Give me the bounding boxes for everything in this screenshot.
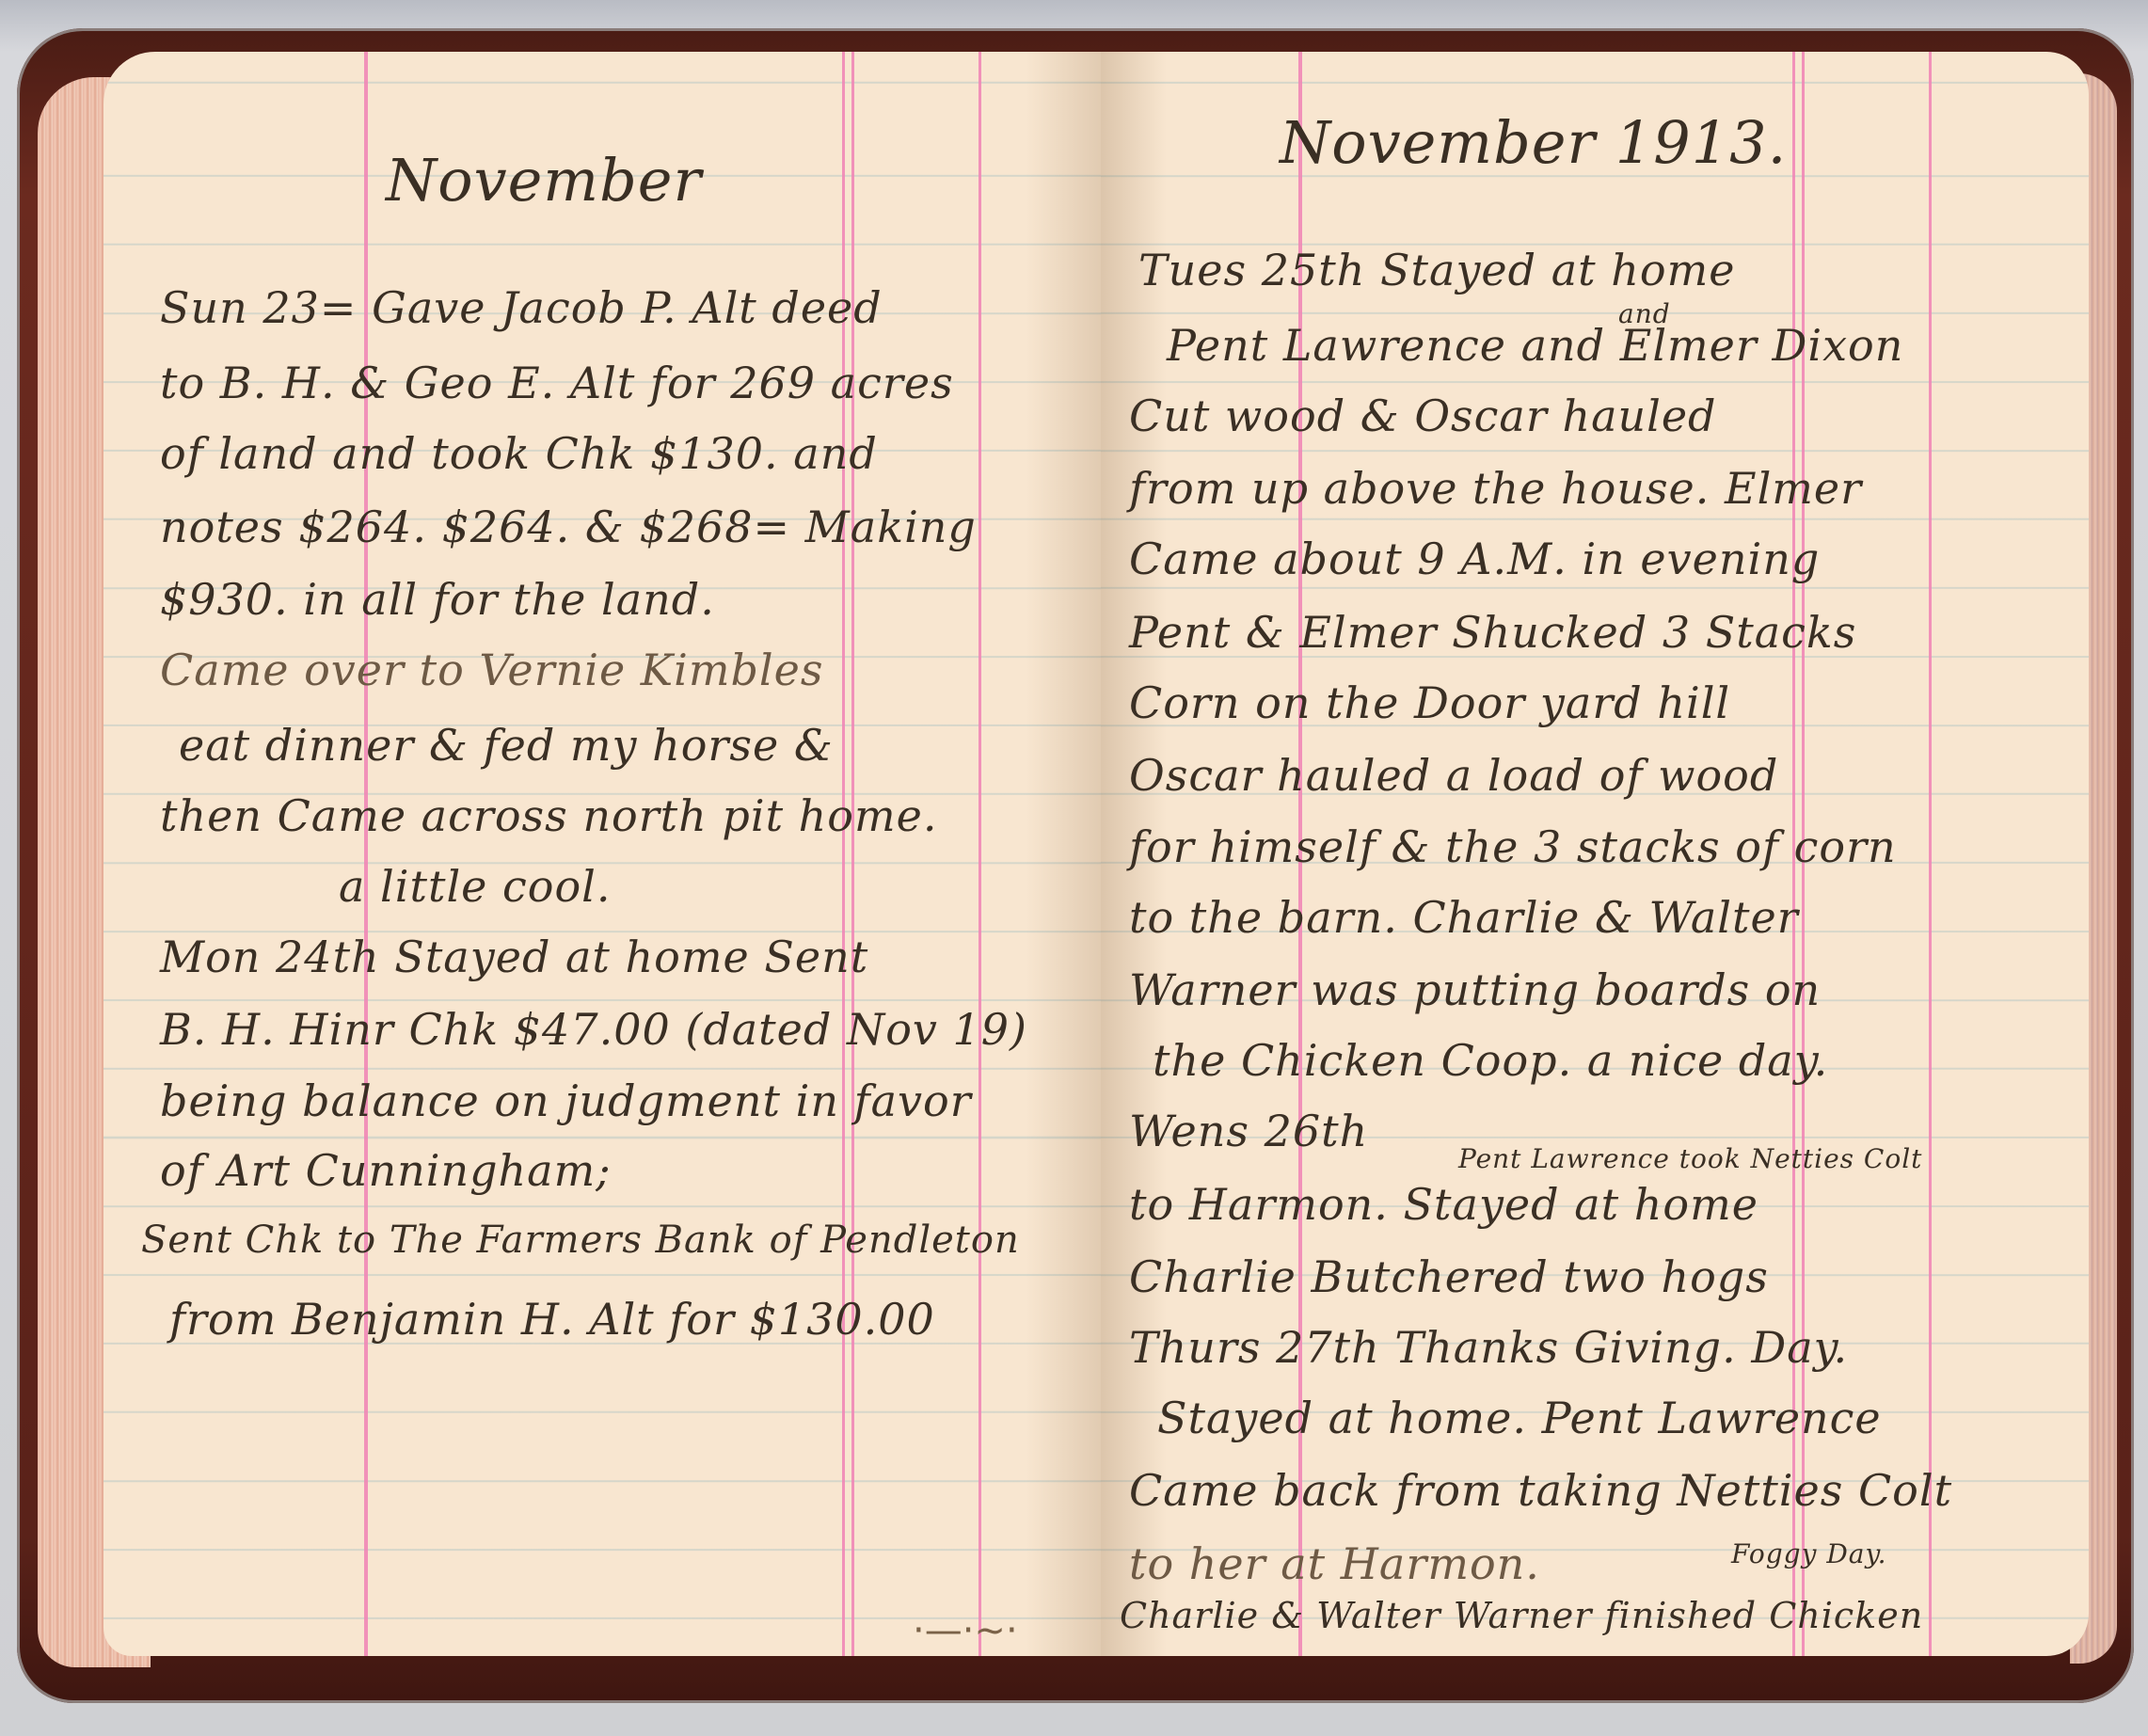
diary-line: Charlie & Walter Warner finished Chicken bbox=[1120, 1595, 1923, 1636]
diary-line: of Art Cunningham; bbox=[160, 1145, 612, 1196]
diary-line: Sent Chk to The Farmers Bank of Pendleto… bbox=[141, 1218, 1020, 1262]
ink-mark: ·—·~· bbox=[913, 1609, 1018, 1652]
diary-line: being balance on judgment in favor bbox=[160, 1075, 972, 1126]
column-rule bbox=[1929, 52, 1932, 1656]
diary-line: Warner was putting boards on bbox=[1129, 964, 1821, 1015]
gutter-shadow bbox=[1026, 52, 1101, 1656]
diary-line: Came over to Vernie Kimbles bbox=[160, 645, 823, 695]
diary-line: Mon 24th Stayed at home Sent bbox=[160, 932, 868, 982]
diary-line: to the barn. Charlie & Walter bbox=[1129, 892, 1799, 943]
column-rule bbox=[979, 52, 981, 1656]
diary-line: then Came across north pit home. bbox=[160, 790, 937, 841]
diary-line: Thurs 27th Thanks Giving. Day. bbox=[1129, 1322, 1848, 1373]
left-page: November Sun 23= Gave Jacob P. Alt deed … bbox=[103, 52, 1101, 1656]
diary-line: a little cool. bbox=[339, 861, 611, 912]
insertion-note: Foggy Day. bbox=[1731, 1538, 1886, 1569]
diary-line: Stayed at home. Pent Lawrence bbox=[1157, 1393, 1882, 1443]
diary-line: Came about 9 A.M. in evening bbox=[1129, 534, 1820, 584]
insertion-note: Pent Lawrence took Netties Colt bbox=[1458, 1143, 1922, 1174]
diary-line: $930. in all for the land. bbox=[160, 574, 715, 625]
diary-line: Tues 25th Stayed at home bbox=[1138, 245, 1735, 295]
diary-line: Wens 26th bbox=[1129, 1106, 1368, 1156]
diary-line: from up above the house. Elmer bbox=[1129, 463, 1862, 514]
page-heading: November 1913. bbox=[1280, 108, 1787, 177]
diary-line: to Harmon. Stayed at home bbox=[1129, 1179, 1758, 1230]
diary-line: Corn on the Door yard hill bbox=[1129, 677, 1730, 728]
diary-line: Coop. bbox=[1129, 1651, 1244, 1656]
diary-line: Charlie Butchered two hogs bbox=[1129, 1251, 1769, 1302]
diary-line: of land and took Chk $130. and bbox=[160, 428, 878, 479]
diary-line: to B. H. & Geo E. Alt for 269 acres bbox=[160, 358, 954, 408]
diary-line: to her at Harmon. bbox=[1129, 1538, 1540, 1589]
diary-line: from Benjamin H. Alt for $130.00 bbox=[169, 1294, 935, 1345]
diary-line: Came back from taking Netties Colt bbox=[1129, 1465, 1952, 1516]
diary-line: Pent & Elmer Shucked 3 Stacks bbox=[1129, 607, 1856, 658]
diary-line: Cut wood & Oscar hauled bbox=[1129, 390, 1717, 441]
diary-line: Sun 23= Gave Jacob P. Alt deed bbox=[160, 282, 883, 333]
page-heading: November bbox=[386, 146, 702, 215]
diary-line: B. H. Hinr Chk $47.00 (dated Nov 19) bbox=[160, 1004, 1027, 1055]
diary-line: notes $264. $264. & $268= Making bbox=[160, 502, 977, 552]
right-page: November 1913. Tues 25th Stayed at home … bbox=[1101, 52, 2089, 1656]
diary-line: Oscar hauled a load of wood bbox=[1129, 750, 1778, 801]
diary-line: the Chicken Coop. a nice day. bbox=[1153, 1035, 1828, 1086]
diary-line: Pent Lawrence and Elmer Dixon bbox=[1167, 320, 1903, 371]
diary-line: for himself & the 3 stacks of corn bbox=[1129, 821, 1897, 872]
diary-line: eat dinner & fed my horse & bbox=[179, 720, 834, 771]
